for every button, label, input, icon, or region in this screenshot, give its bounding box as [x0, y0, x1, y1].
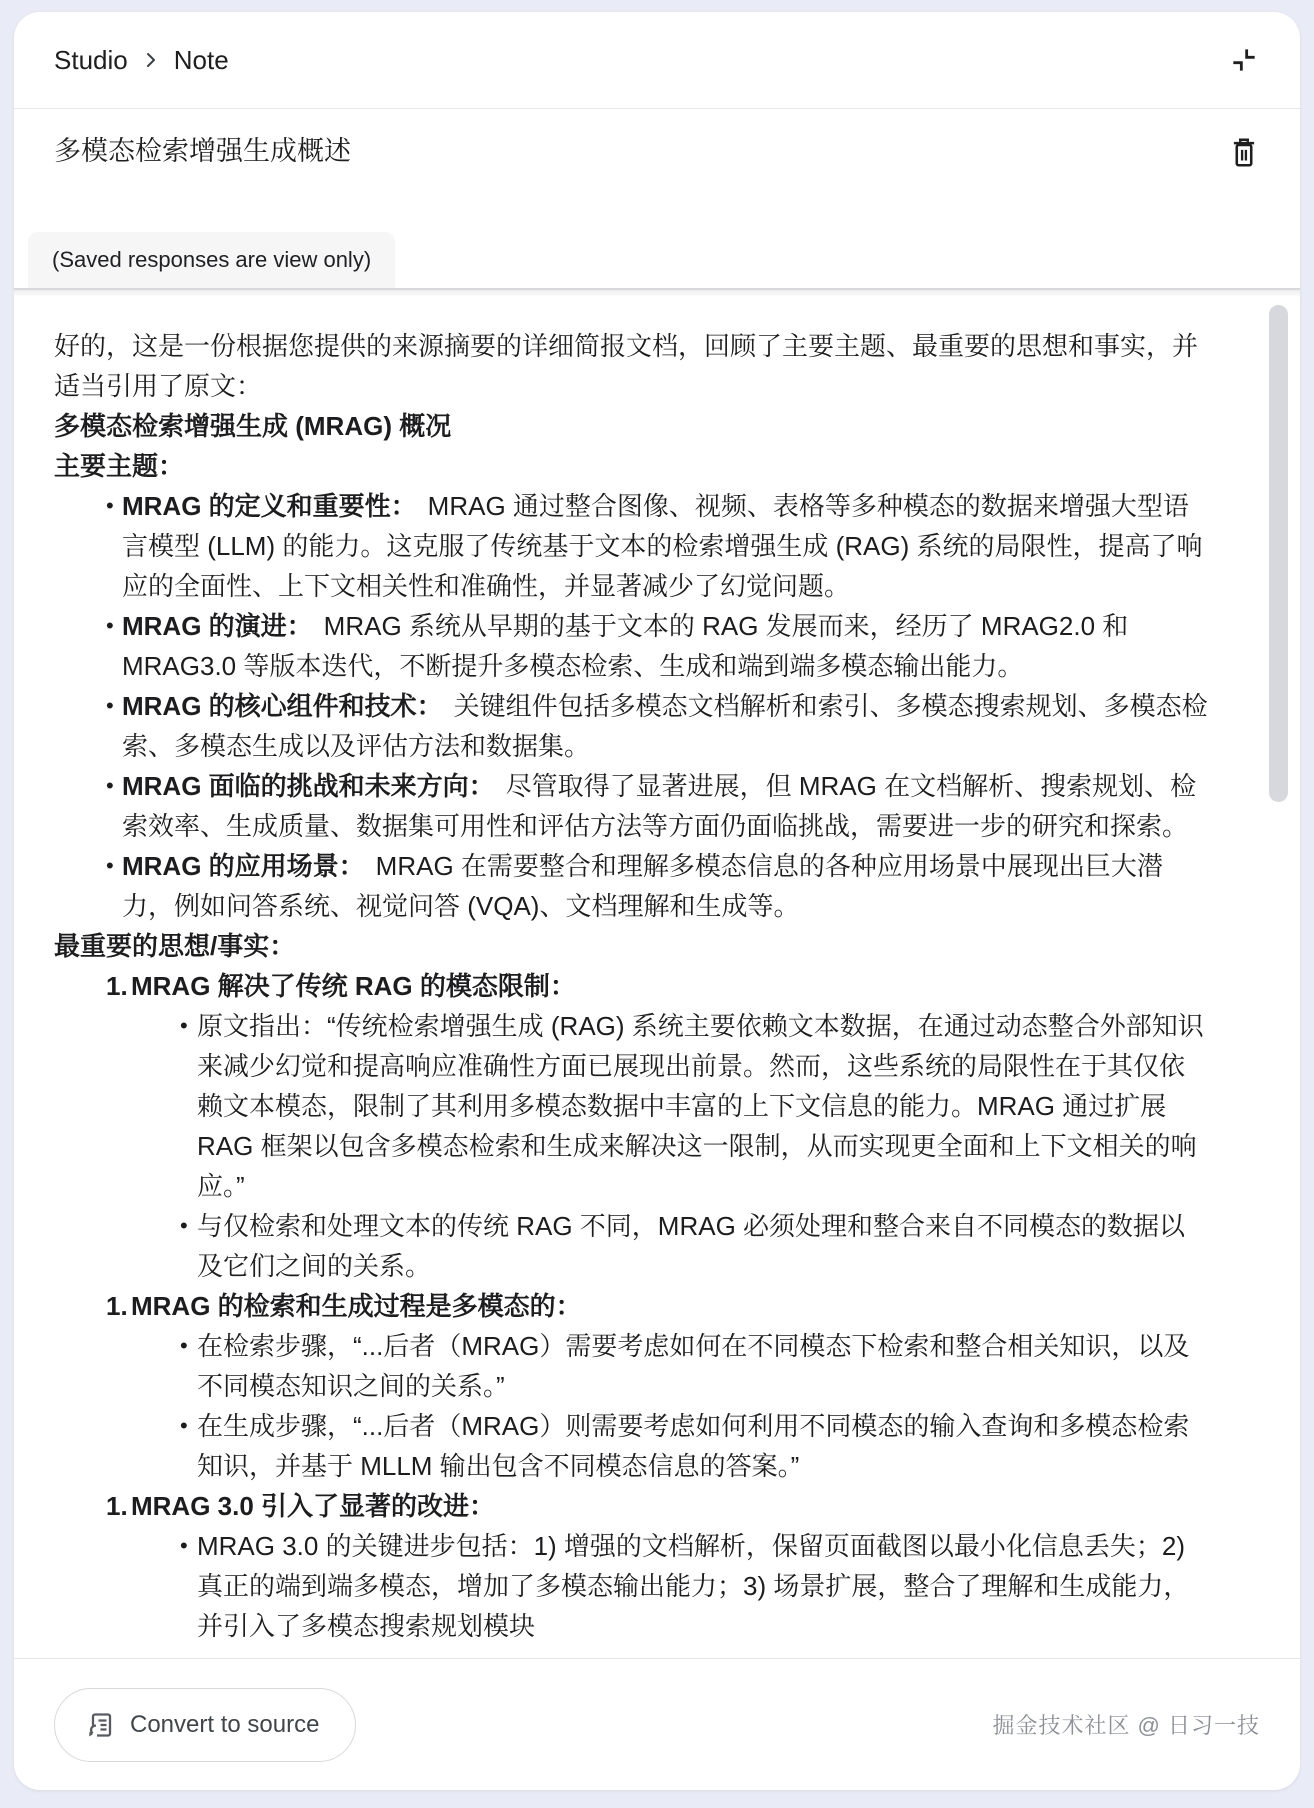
- section-heading: 最重要的思想/事实：: [54, 926, 1208, 966]
- numbered-item: 1.MRAG 的检索和生成过程是多模态的：: [54, 1286, 1208, 1326]
- trash-icon: [1228, 136, 1260, 170]
- sub-bullet-text: 与仅检索和处理文本的传统 RAG 不同，MRAG 必须处理和整合来自不同模态的数…: [197, 1211, 1185, 1281]
- delete-note-button[interactable]: [1222, 131, 1266, 175]
- paragraph: 好的，这是一份根据您提供的来源摘要的详细简报文档，回顾了主要主题、最重要的思想和…: [54, 326, 1208, 406]
- bullet-dot: •: [106, 846, 114, 886]
- bullet-item: •MRAG 的核心组件和技术：关键组件包括多模态文档解析和索引、多模态搜索规划、…: [54, 686, 1208, 766]
- item-label: MRAG 的应用场景：: [122, 851, 365, 881]
- sub-bullet-item: •原文指出：“传统检索增强生成 (RAG) 系统主要依赖文本数据，在通过动态整合…: [54, 1006, 1208, 1206]
- note-title-section: 多模态检索增强生成概述 (Saved responses are view on…: [14, 109, 1300, 288]
- bullet-dot: •: [180, 1406, 188, 1446]
- panel-header: Studio Note: [14, 12, 1300, 109]
- bullet-item: •MRAG 的演进：MRAG 系统从早期的基于文本的 RAG 发展而来，经历了 …: [54, 606, 1208, 686]
- bullet-dot: •: [106, 686, 114, 726]
- bullet-dot: •: [180, 1326, 188, 1366]
- sub-bullet-text: 原文指出：“传统检索增强生成 (RAG) 系统主要依赖文本数据，在通过动态整合外…: [197, 1011, 1204, 1201]
- item-number: 1.: [106, 966, 128, 1006]
- item-label: MRAG 面临的挑战和未来方向：: [122, 771, 495, 801]
- item-label: MRAG 的演进：: [122, 611, 313, 641]
- convert-to-source-label: Convert to source: [130, 1711, 319, 1739]
- sub-bullet-item: •在检索步骤，“...后者（MRAG）需要考虑如何在不同模态下检索和整合相关知识…: [54, 1326, 1208, 1406]
- bullet-item: •MRAG 的应用场景：MRAG 在需要整合和理解多模态信息的各种应用场景中展现…: [54, 846, 1208, 926]
- note-title: 多模态检索增强生成概述: [54, 131, 351, 171]
- bullet-dot: •: [106, 766, 114, 806]
- item-number: 1.: [106, 1286, 128, 1326]
- item-label: MRAG 的定义和重要性：: [122, 491, 417, 521]
- bullet-dot: •: [106, 486, 114, 526]
- item-label: MRAG 3.0 引入了显著的改进：: [131, 1491, 495, 1521]
- watermark-text: 掘金技术社区 @ 日习一技: [992, 1709, 1260, 1740]
- view-only-badge: (Saved responses are view only): [28, 232, 395, 288]
- bullet-item: •MRAG 的定义和重要性：MRAG 通过整合图像、视频、表格等多种模态的数据来…: [54, 486, 1208, 606]
- bullet-dot: •: [180, 1526, 188, 1566]
- note-body: 好的，这是一份根据您提供的来源摘要的详细简报文档，回顾了主要主题、最重要的思想和…: [54, 326, 1208, 1646]
- collapse-icon: [1228, 44, 1260, 76]
- section-heading: 主要主题：: [54, 446, 1208, 486]
- item-label: MRAG 的检索和生成过程是多模态的：: [131, 1291, 582, 1321]
- sub-bullet-text: 在生成步骤，“...后者（MRAG）则需要考虑如何利用不同模态的输入查询和多模态…: [197, 1411, 1189, 1481]
- sub-bullet-item: •MRAG 3.0 的关键进步包括：1) 增强的文档解析，保留页面截图以最小化信…: [54, 1526, 1208, 1646]
- bullet-dot: •: [180, 1006, 188, 1046]
- note-content[interactable]: 好的，这是一份根据您提供的来源摘要的详细简报文档，回顾了主要主题、最重要的思想和…: [14, 288, 1300, 1658]
- collapse-button[interactable]: [1222, 38, 1266, 82]
- sub-bullet-item: •在生成步骤，“...后者（MRAG）则需要考虑如何利用不同模态的输入查询和多模…: [54, 1406, 1208, 1486]
- item-number: 1.: [106, 1486, 128, 1526]
- panel-footer: Convert to source 掘金技术社区 @ 日习一技: [14, 1658, 1300, 1790]
- bullet-item: •MRAG 面临的挑战和未来方向：尽管取得了显著进展，但 MRAG 在文档解析、…: [54, 766, 1208, 846]
- sub-bullet-text: MRAG 3.0 的关键进步包括：1) 增强的文档解析，保留页面截图以最小化信息…: [197, 1531, 1189, 1641]
- sub-bullet-item: •与仅检索和处理文本的传统 RAG 不同，MRAG 必须处理和整合来自不同模态的…: [54, 1206, 1208, 1286]
- sub-bullet-text: 在检索步骤，“...后者（MRAG）需要考虑如何在不同模态下检索和整合相关知识，…: [197, 1331, 1189, 1401]
- numbered-item: 1.MRAG 3.0 引入了显著的改进：: [54, 1486, 1208, 1526]
- breadcrumb: Studio Note: [54, 45, 229, 76]
- item-label: MRAG 的核心组件和技术：: [122, 691, 443, 721]
- breadcrumb-note: Note: [174, 45, 229, 76]
- convert-to-source-icon: [85, 1710, 115, 1740]
- scrollbar-thumb[interactable]: [1269, 305, 1288, 802]
- convert-to-source-button[interactable]: Convert to source: [54, 1688, 356, 1762]
- numbered-item: 1.MRAG 解决了传统 RAG 的模态限制：: [54, 966, 1208, 1006]
- item-label: MRAG 解决了传统 RAG 的模态限制：: [131, 971, 576, 1001]
- section-heading: 多模态检索增强生成 (MRAG) 概况: [54, 406, 1208, 446]
- chevron-right-icon: [142, 51, 160, 69]
- bullet-dot: •: [106, 606, 114, 646]
- note-panel: Studio Note 多模态检索增强生成概述: [14, 12, 1300, 1790]
- bullet-dot: •: [180, 1206, 188, 1246]
- breadcrumb-studio[interactable]: Studio: [54, 45, 128, 76]
